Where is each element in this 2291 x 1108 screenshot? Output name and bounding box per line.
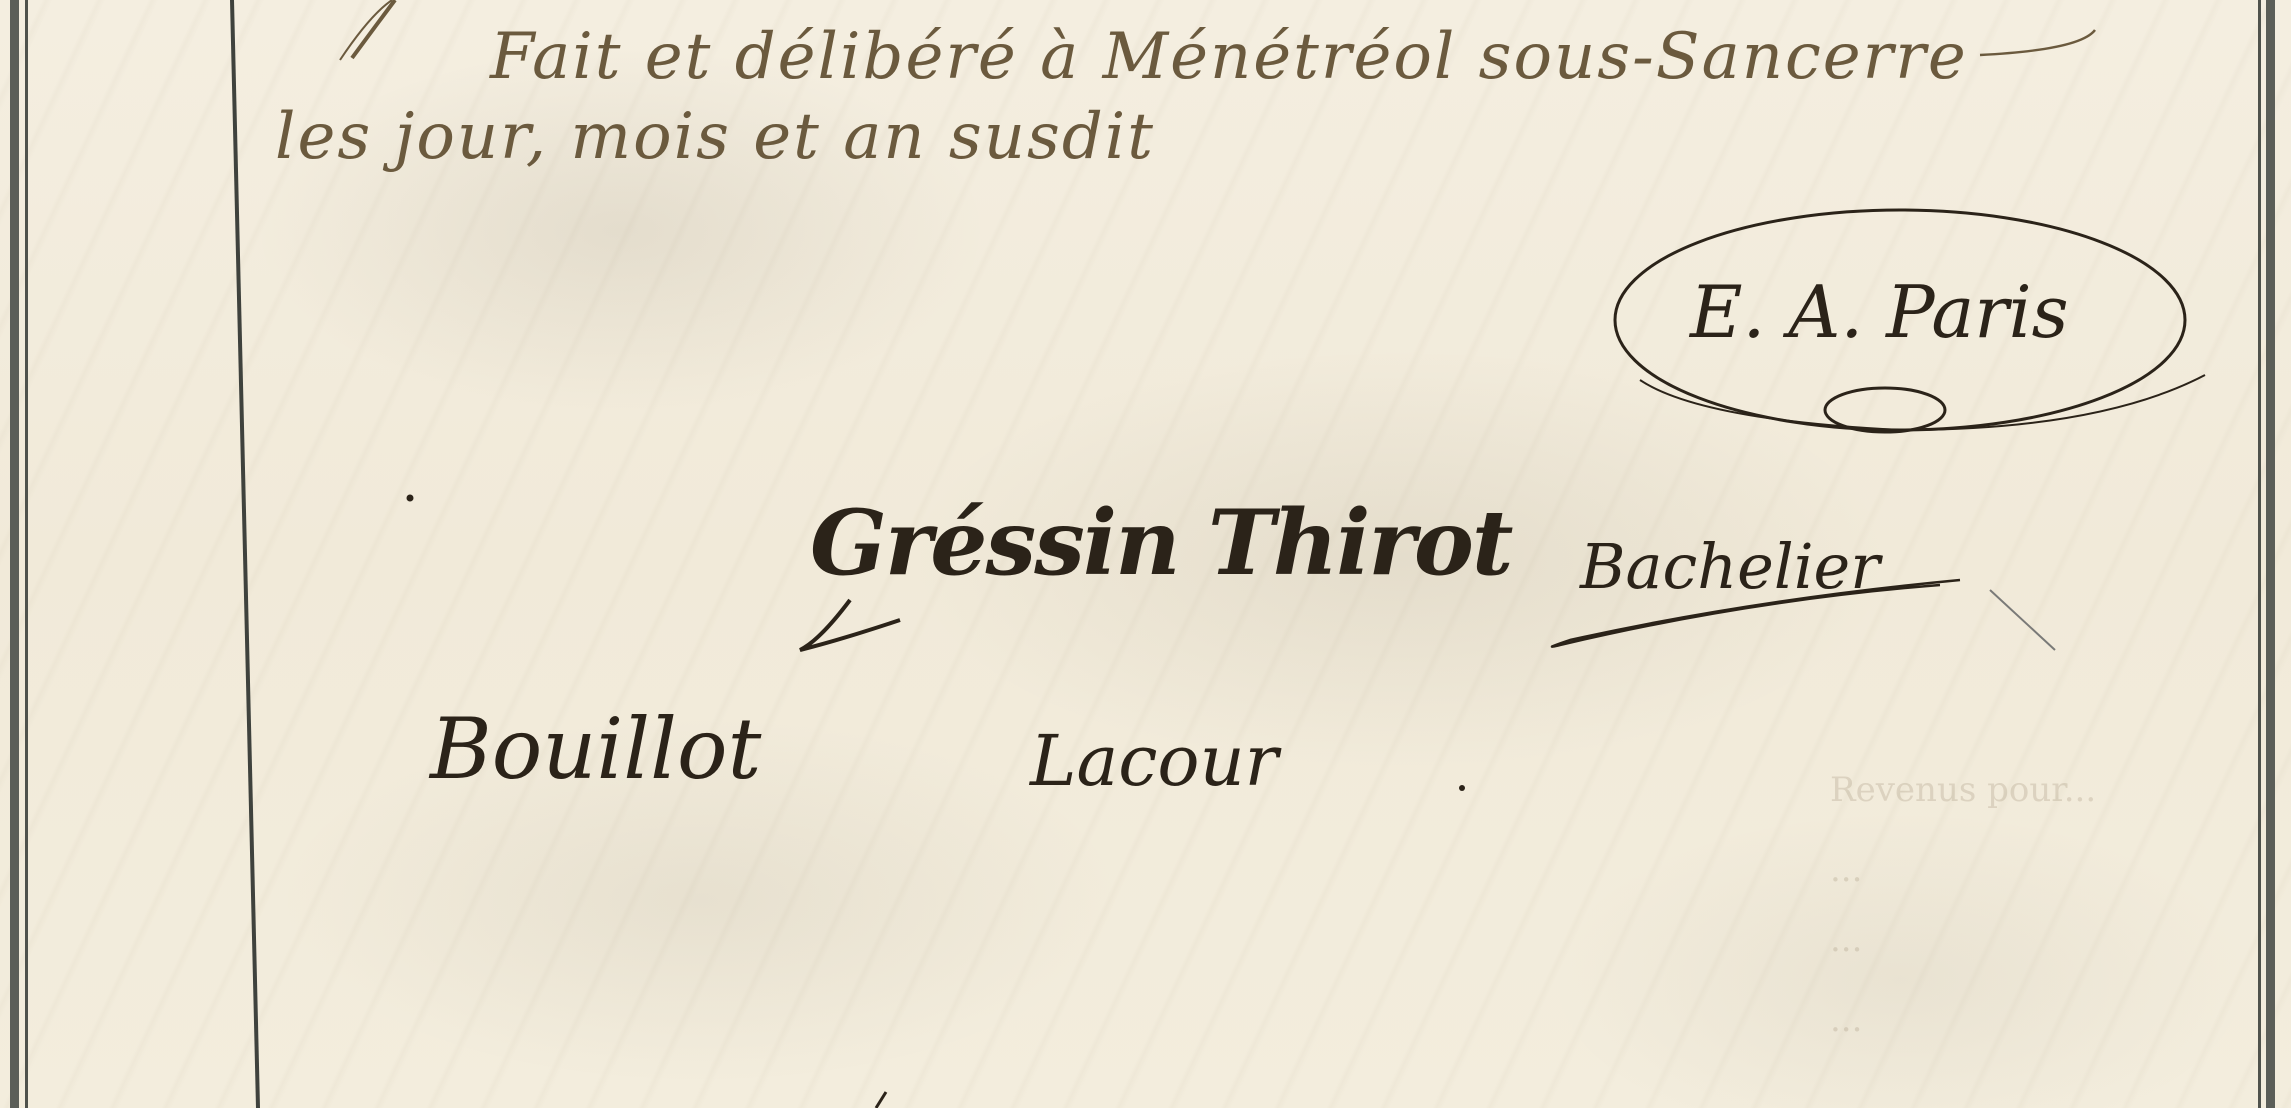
bleed-through-text-4: ...: [1830, 1000, 1862, 1040]
left-border-thick-rule: [10, 0, 19, 1108]
bleed-through-text-1: Revenus pour...: [1830, 770, 2096, 810]
signature-bouillot: Bouillot: [430, 700, 761, 798]
bleed-through-text-2: ...: [1830, 850, 1862, 890]
bleed-through-text-3: ...: [1830, 920, 1862, 960]
handwritten-line-2: les jour, mois et an susdit: [275, 100, 1155, 174]
signature-bachelier: Bachelier: [1580, 530, 1880, 603]
signature-paris: E. A. Paris: [1690, 270, 2069, 354]
document-page: Revenus pour... ... ... ... Fait et déli…: [0, 0, 2291, 1108]
right-border-thin-rule: [2258, 0, 2261, 1108]
signature-main: Gréssin Thirot: [810, 490, 1511, 596]
left-border-thin-rule: [25, 0, 28, 1108]
handwritten-line-1: Fait et délibéré à Ménétréol sous-Sancer…: [490, 20, 1968, 94]
signature-lacour: Lacour: [1030, 720, 1278, 802]
right-border-thick-rule: [2266, 0, 2275, 1108]
